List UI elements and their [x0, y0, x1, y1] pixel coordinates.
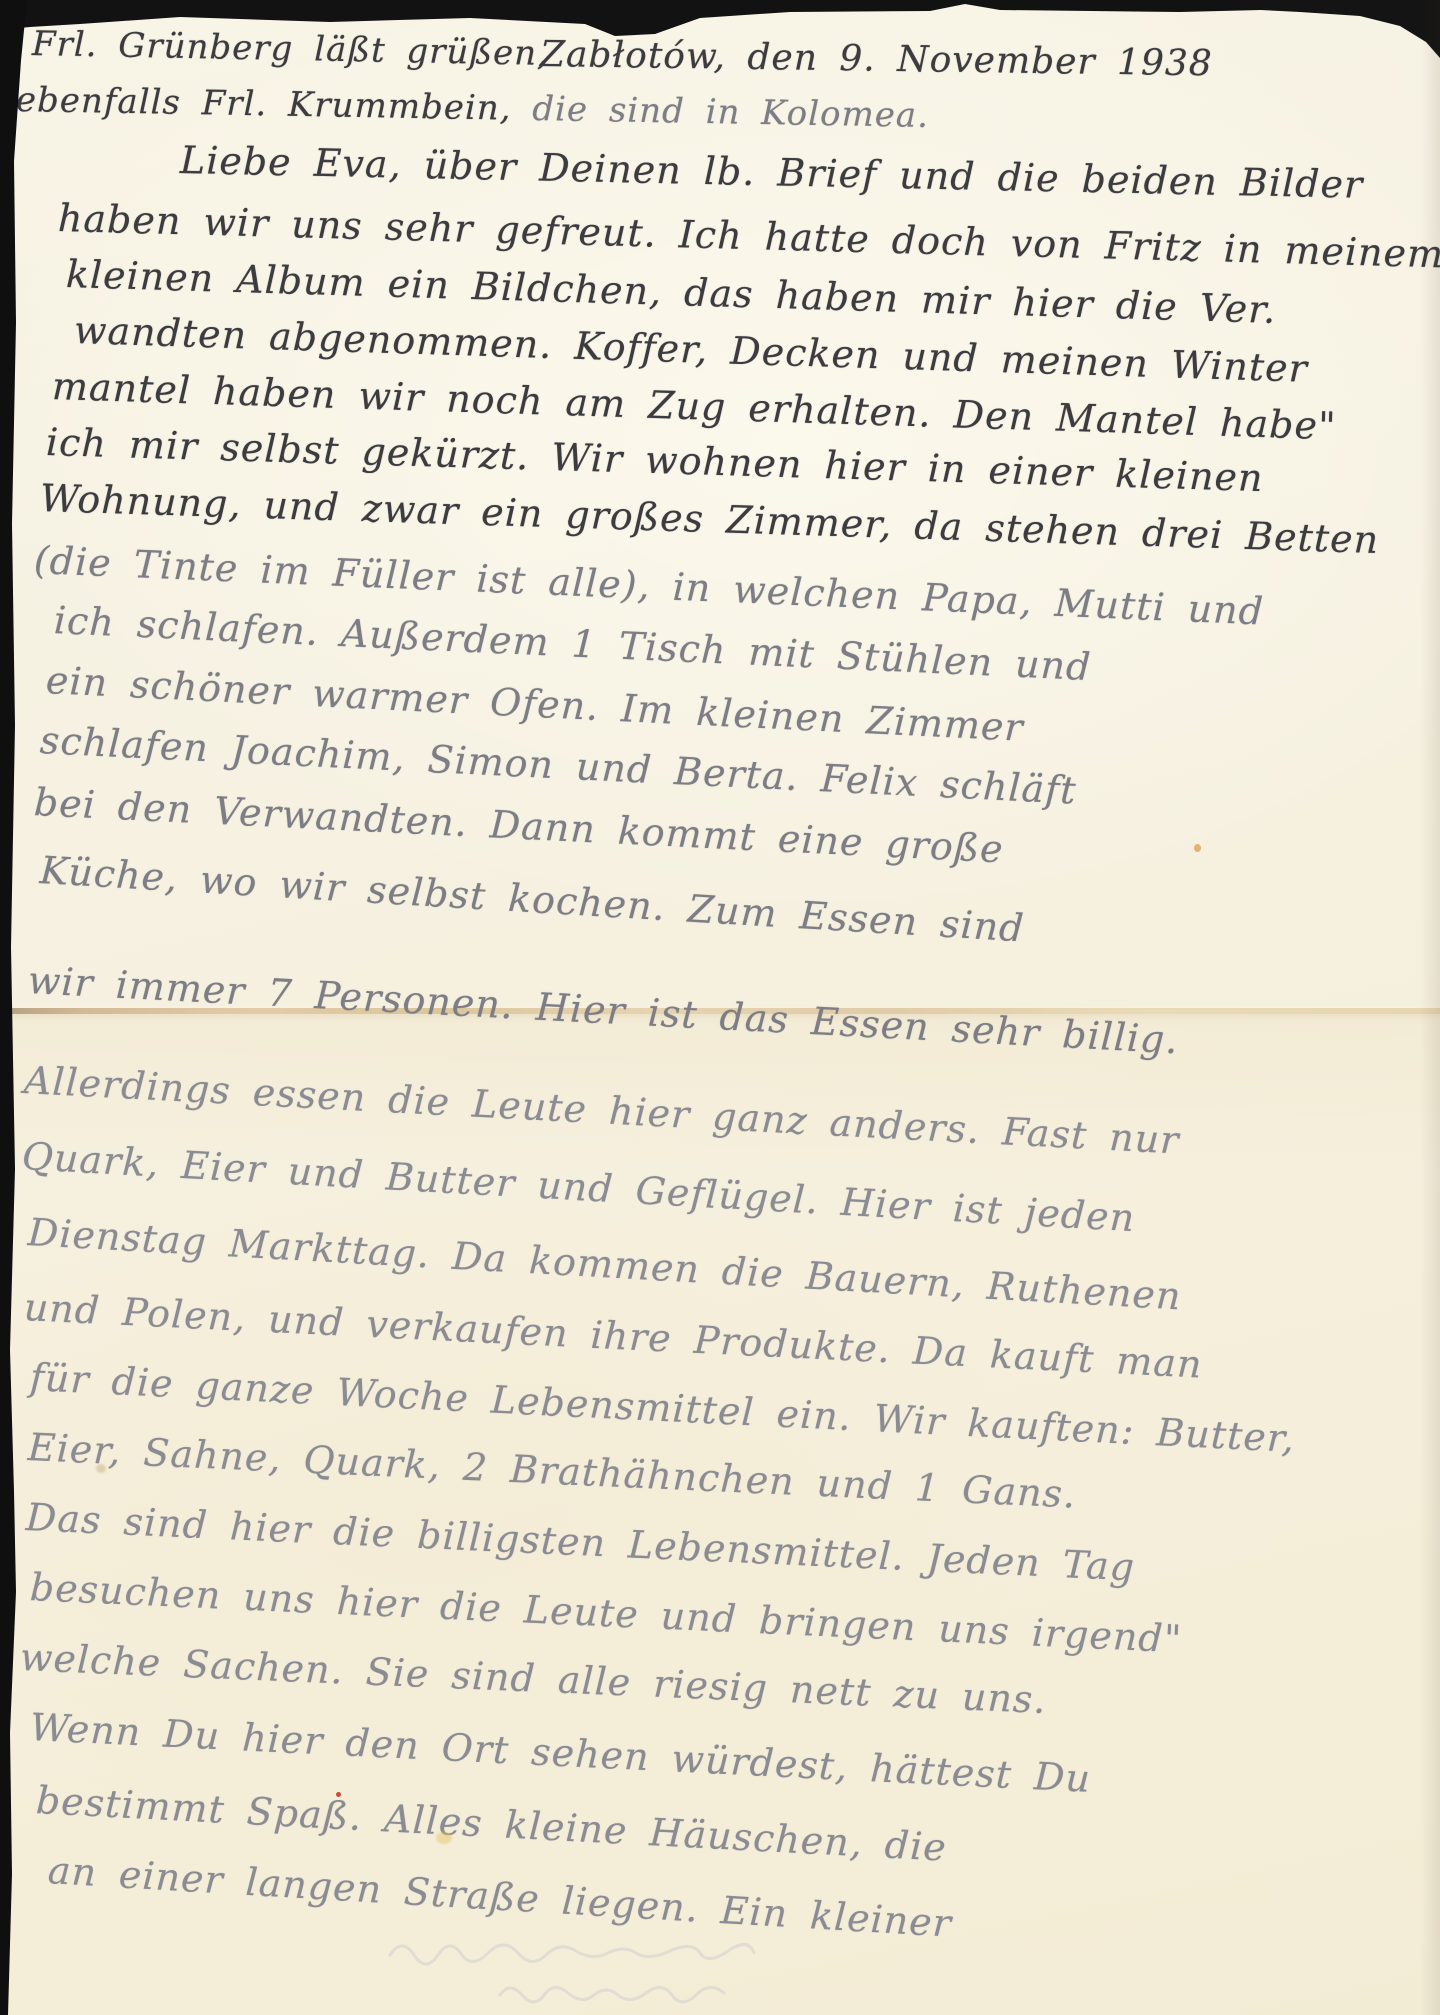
prescript-line-2-start: ebenfalls Frl. Krummbein,	[16, 80, 512, 129]
bleed-through-ink	[380, 1925, 1160, 2015]
stain	[96, 1464, 106, 1473]
prescript-line-1: Frl. Grünberg läßt grüßen,	[32, 24, 550, 74]
scanned-letter-page: Frl. Grünberg läßt grüßen, Zabłotów, den…	[0, 0, 1440, 2015]
scan-corner-top-right	[1240, 0, 1440, 70]
prescript-line-2: ebenfalls Frl. Krummbein, die sind in Ko…	[16, 80, 930, 136]
stain	[436, 1832, 452, 1844]
stain	[1194, 844, 1201, 852]
date-line: Zabłotów, den 9. November 1938	[540, 34, 1213, 84]
paper-edge-shadow	[1420, 0, 1440, 2015]
letter-line: Liebe Eva, über Deinen lb. Brief und die…	[180, 138, 1364, 207]
stain	[336, 1792, 341, 1797]
prescript-line-2-end: die sind in Kolomea.	[532, 89, 929, 136]
